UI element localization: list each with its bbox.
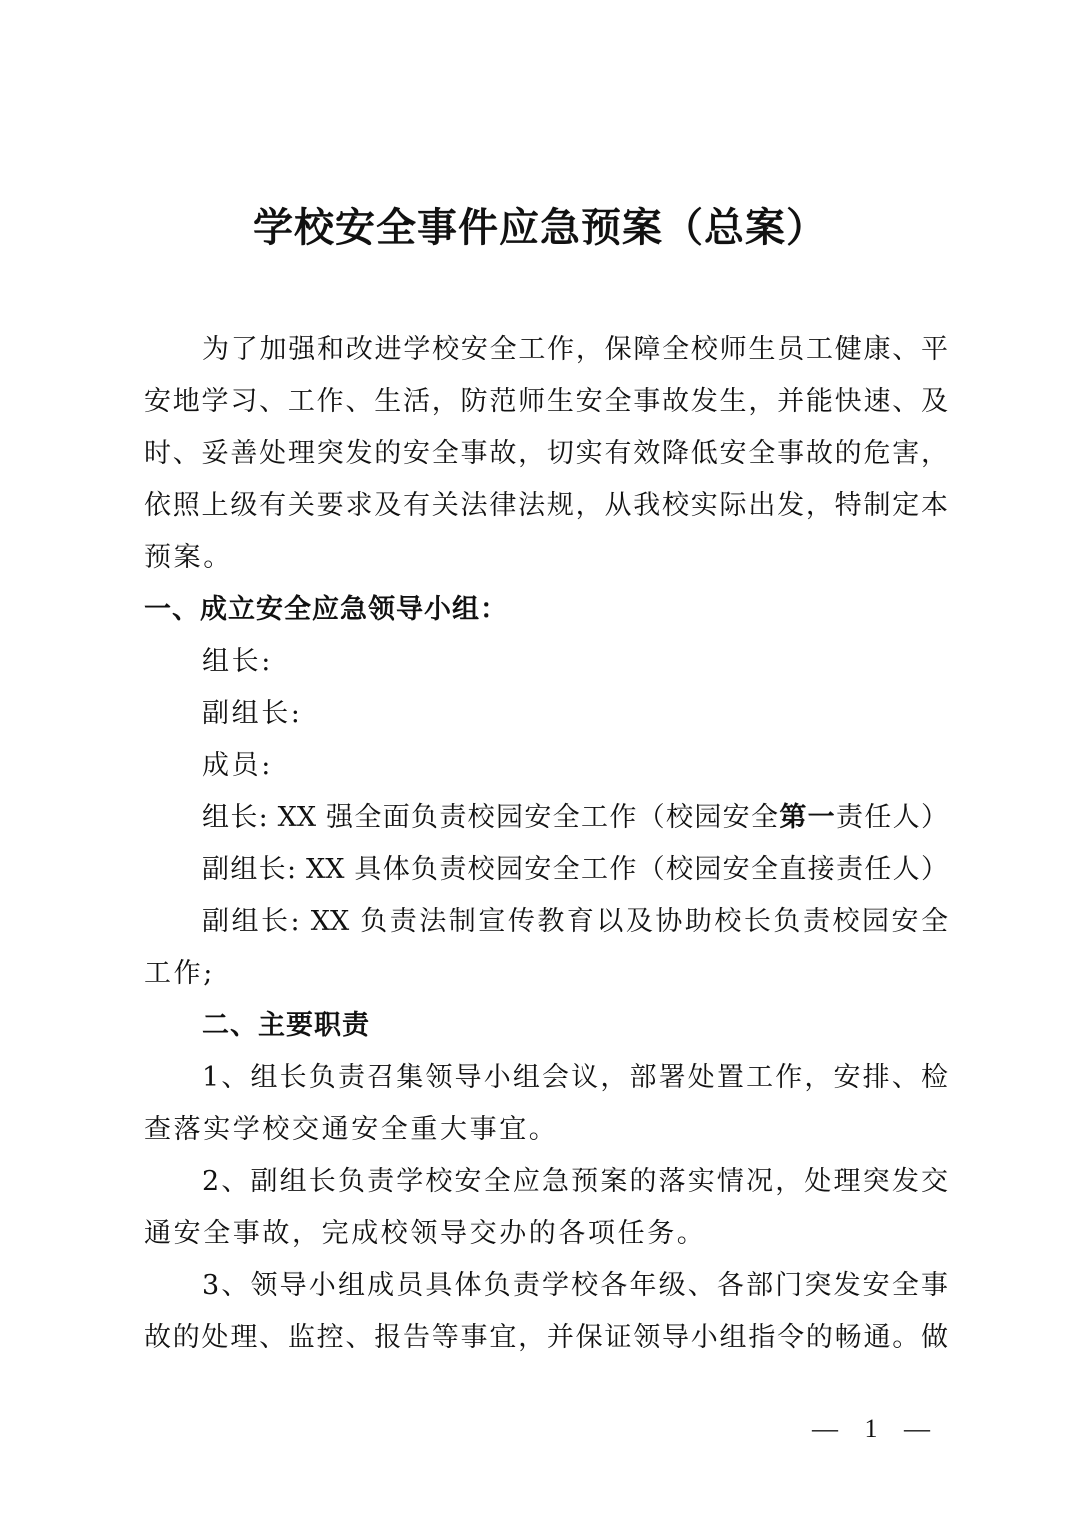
assignment-text: 组长: XX 强全面负责校园安全工作（校园安全 — [202, 802, 779, 833]
page-number: — 1 — — [812, 1414, 940, 1444]
role-label: 副组长: — [202, 688, 303, 740]
intro-line: 为了加强和改进学校安全工作，保障全校师生员工健康、平 — [202, 324, 948, 376]
intro-line: 预案。 — [144, 532, 233, 584]
intro-line: 安地学习、工作、生活，防范师生安全事故发生，并能快速、及 — [144, 376, 948, 428]
assignment-text: 责任人） — [836, 802, 948, 833]
page-title: 学校安全事件应急预案（总案） — [0, 196, 1080, 253]
duty-item: 2、副组长负责学校安全应急预案的落实情况，处理突发交 — [202, 1156, 948, 1208]
section-heading: 二、主要职责 — [202, 1000, 370, 1052]
assignment-line: 副组长: XX 具体负责校园安全工作（校园安全直接责任人） — [202, 844, 948, 896]
duty-item: 3、领导小组成员具体负责学校各年级、各部门突发安全事 — [202, 1260, 948, 1312]
duty-item: 故的处理、监控、报告等事宜，并保证领导小组指令的畅通。做 — [144, 1312, 948, 1364]
assignment-line: 工作; — [144, 948, 215, 1000]
assignment-line: 副组长: XX 负责法制宣传教育以及协助校长负责校园安全 — [202, 896, 948, 948]
section-heading: 一、成立安全应急领导小组： — [144, 584, 508, 636]
duty-item: 通安全事故，完成校领导交办的各项任务。 — [144, 1208, 706, 1260]
role-label: 组长: — [202, 636, 273, 688]
duty-item: 1、组长负责召集领导小组会议，部署处置工作，安排、检 — [202, 1052, 948, 1104]
duty-item: 查落实学校交通安全重大事宜。 — [144, 1104, 558, 1156]
intro-line: 依照上级有关要求及有关法律法规，从我校实际出发，特制定本 — [144, 480, 948, 532]
role-label: 成员: — [202, 740, 273, 792]
assignment-emphasis: 第一 — [779, 802, 836, 833]
intro-line: 时、妥善处理突发的安全事故，切实有效降低安全事故的危害， — [144, 428, 948, 480]
assignment-line: 组长: XX 强全面负责校园安全工作（校园安全第一责任人） — [202, 792, 948, 844]
